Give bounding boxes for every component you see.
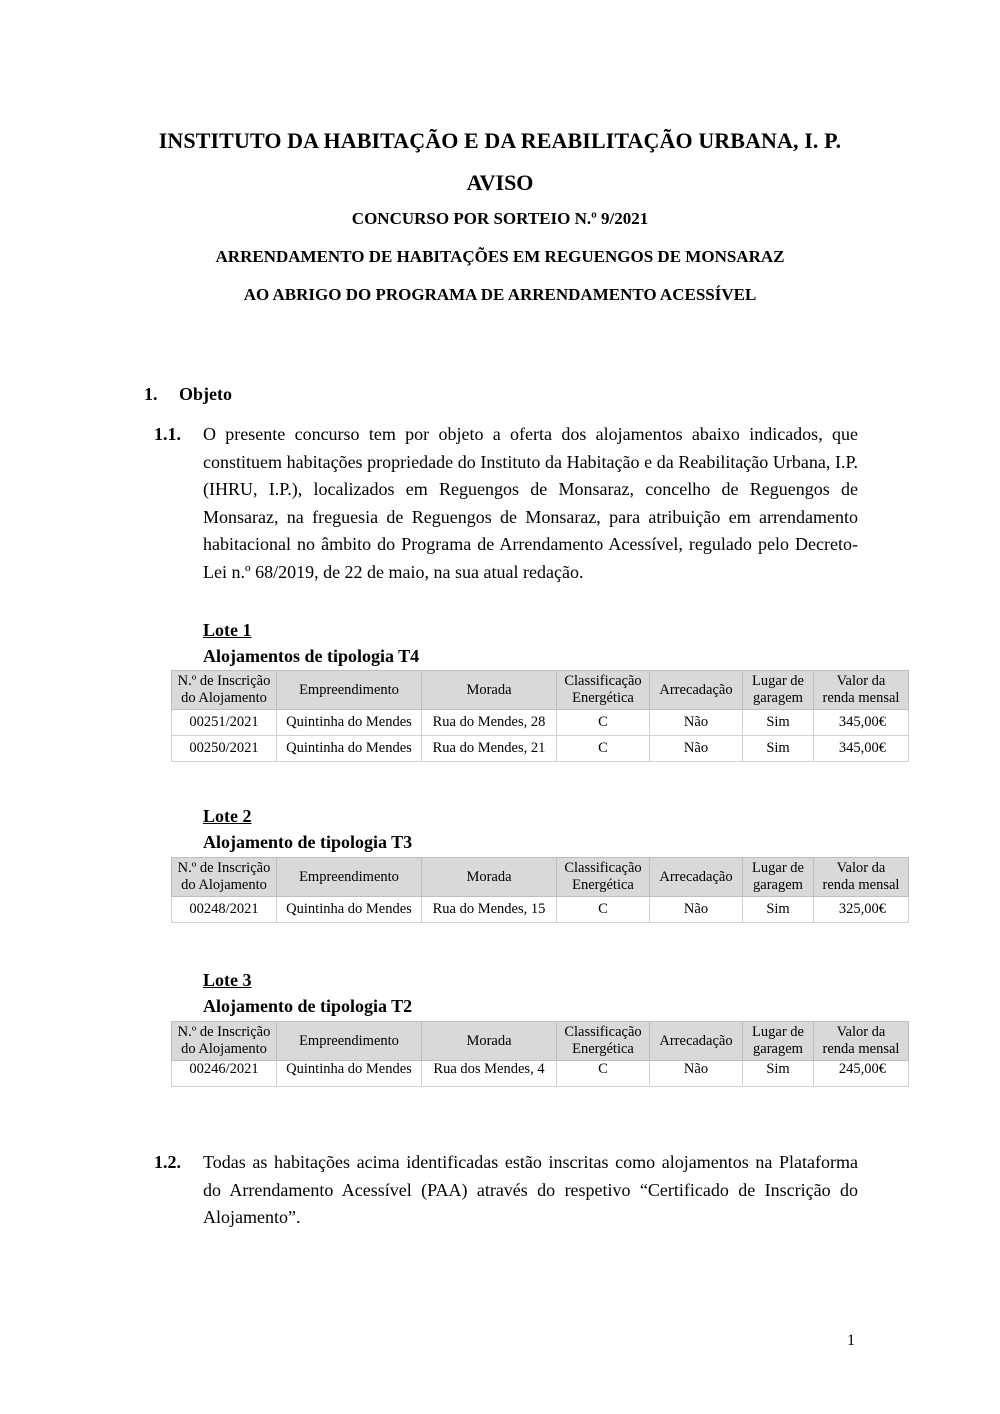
cell-inscricao: 00248/2021 [172,897,277,923]
col-header-classificacao: ClassificaçãoEnergética [557,671,650,710]
cell-inscricao: 00250/2021 [172,736,277,762]
col-header-renda: Valor darenda mensal [814,858,909,897]
paragraph-1-2: 1.2. Todas as habitações acima identific… [154,1149,858,1232]
subject-line-1: ARRENDAMENTO DE HABITAÇÕES EM REGUENGOS … [0,247,1000,267]
col-header-morada: Morada [422,858,557,897]
notice-title: AVISO [0,170,1000,196]
cell-arrecadacao: Não [650,1061,743,1087]
col-header-classificacao: ClassificaçãoEnergética [557,1022,650,1061]
table-header-row: N.º de Inscriçãodo Alojamento Empreendim… [172,858,909,897]
paragraph-text: O presente concurso tem por objeto a ofe… [203,421,858,586]
lote-name: Lote 3 [203,967,412,993]
cell-empreendimento: Quintinha do Mendes [277,1061,422,1087]
col-header-garagem: Lugar degaragem [743,858,814,897]
col-header-empreendimento: Empreendimento [277,671,422,710]
col-header-garagem: Lugar degaragem [743,671,814,710]
lote-2-heading: Lote 2 Alojamento de tipologia T3 [203,803,412,855]
cell-empreendimento: Quintinha do Mendes [277,897,422,923]
col-header-classificacao: ClassificaçãoEnergética [557,858,650,897]
cell-arrecadacao: Não [650,710,743,736]
section-title: Objeto [179,384,232,404]
cell-classificacao: C [557,710,650,736]
page-number: 1 [847,1332,855,1350]
cell-classificacao: C [557,1061,650,1087]
cell-renda: 345,00€ [814,710,909,736]
cell-inscricao: 00251/2021 [172,710,277,736]
col-header-empreendimento: Empreendimento [277,858,422,897]
lote-3-heading: Lote 3 Alojamento de tipologia T2 [203,967,412,1019]
paragraph-text: Todas as habitações acima identificadas … [203,1149,858,1232]
lote-1-heading: Lote 1 Alojamentos de tipologia T4 [203,617,419,669]
paragraph-number: 1.1. [154,421,181,449]
cell-renda: 325,00€ [814,897,909,923]
col-header-morada: Morada [422,671,557,710]
lote-subtitle: Alojamento de tipologia T3 [203,832,412,852]
cell-morada: Rua do Mendes, 21 [422,736,557,762]
col-header-garagem: Lugar degaragem [743,1022,814,1061]
cell-empreendimento: Quintinha do Mendes [277,736,422,762]
table-row: 00248/2021 Quintinha do Mendes Rua do Me… [172,897,909,923]
section-number: 1. [144,384,179,405]
col-header-arrecadacao: Arrecadação [650,1022,743,1061]
col-header-inscricao: N.º de Inscriçãodo Alojamento [172,858,277,897]
lote-name: Lote 1 [203,617,419,643]
cell-garagem: Sim [743,710,814,736]
col-header-renda: Valor darenda mensal [814,671,909,710]
section-1-heading: 1.Objeto [144,384,232,405]
lote-subtitle: Alojamentos de tipologia T4 [203,646,419,666]
col-header-inscricao: N.º de Inscriçãodo Alojamento [172,671,277,710]
lote-subtitle: Alojamento de tipologia T2 [203,996,412,1016]
table-header-row: N.º de Inscriçãodo Alojamento Empreendim… [172,1022,909,1061]
cell-garagem: Sim [743,897,814,923]
col-header-morada: Morada [422,1022,557,1061]
table-row: 00246/2021 Quintinha do Mendes Rua dos M… [172,1061,909,1087]
col-header-arrecadacao: Arrecadação [650,671,743,710]
cell-morada: Rua do Mendes, 28 [422,710,557,736]
table-header-row: N.º de Inscriçãodo Alojamento Empreendim… [172,671,909,710]
cell-arrecadacao: Não [650,736,743,762]
cell-inscricao: 00246/2021 [172,1061,277,1087]
col-header-arrecadacao: Arrecadação [650,858,743,897]
cell-renda: 245,00€ [814,1061,909,1087]
cell-arrecadacao: Não [650,897,743,923]
lote-1-table: N.º de Inscriçãodo Alojamento Empreendim… [171,670,909,762]
col-header-inscricao: N.º de Inscriçãodo Alojamento [172,1022,277,1061]
lote-2-table: N.º de Inscriçãodo Alojamento Empreendim… [171,857,909,923]
col-header-empreendimento: Empreendimento [277,1022,422,1061]
cell-garagem: Sim [743,736,814,762]
col-header-renda: Valor darenda mensal [814,1022,909,1061]
paragraph-number: 1.2. [154,1149,181,1177]
cell-renda: 345,00€ [814,736,909,762]
institution-title: INSTITUTO DA HABITAÇÃO E DA REABILITAÇÃO… [0,128,1000,154]
lote-3-table: N.º de Inscriçãodo Alojamento Empreendim… [171,1021,909,1087]
table-row: 00251/2021 Quintinha do Mendes Rua do Me… [172,710,909,736]
lote-name: Lote 2 [203,803,412,829]
cell-garagem: Sim [743,1061,814,1087]
cell-classificacao: C [557,897,650,923]
cell-classificacao: C [557,736,650,762]
table-row: 00250/2021 Quintinha do Mendes Rua do Me… [172,736,909,762]
paragraph-1-1: 1.1. O presente concurso tem por objeto … [154,421,858,586]
cell-empreendimento: Quintinha do Mendes [277,710,422,736]
cell-morada: Rua dos Mendes, 4 [422,1061,557,1087]
contest-title: CONCURSO POR SORTEIO N.º 9/2021 [0,209,1000,229]
subject-line-2: AO ABRIGO DO PROGRAMA DE ARRENDAMENTO AC… [0,285,1000,305]
cell-morada: Rua do Mendes, 15 [422,897,557,923]
